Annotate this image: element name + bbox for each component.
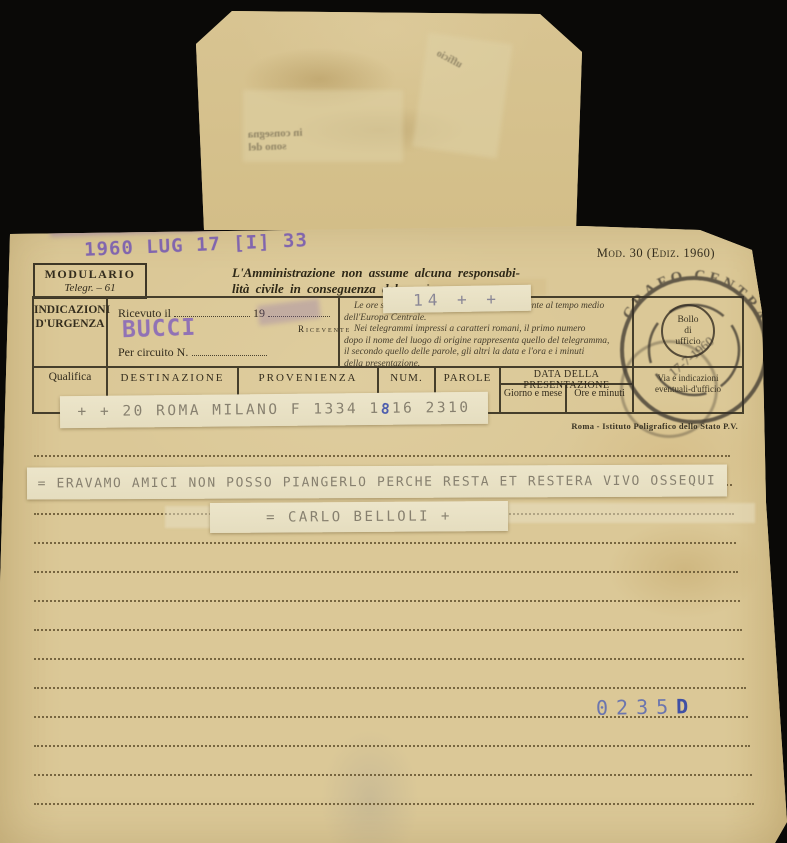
telegram-back-flap: in consegna sono del ufficio <box>188 8 586 230</box>
dotted-writing-line <box>34 687 746 689</box>
column-header-parole: PAROLE <box>436 372 499 384</box>
blue-number-digits: 0235 <box>596 694 677 719</box>
received-cell: Ricevuto il 19 Ricevente Per circuito N.… <box>108 298 338 366</box>
form-edition-label: Mod. 30 (Ediz. 1960) <box>580 246 715 261</box>
patch-text: 14 + + <box>413 289 501 310</box>
postmark-date: 17-7-1960 <box>666 333 717 379</box>
dotted-writing-line <box>34 571 738 573</box>
dotted-writing-line <box>34 455 730 457</box>
telegram-message: = ERAVAMO AMICI NON POSSO PIANGERLO PERC… <box>38 473 717 491</box>
fine-print-line5: il secondo quello delle parole, gli altr… <box>344 347 628 359</box>
purple-overstamp <box>257 298 321 325</box>
pasted-patch-strip: 14 + + <box>383 285 531 314</box>
modulario-label: MODULARIO <box>35 267 145 282</box>
modulario-number: Telegr. – 61 <box>35 282 145 294</box>
glued-paper-patch <box>412 33 512 159</box>
urgency-indications-cell: INDICAZIONI D'URGENZA <box>34 298 106 331</box>
fine-print-line3: Nei telegrammi impressi a caratteri roma… <box>344 324 628 336</box>
message-text-strip: = ERAVAMO AMICI NON POSSO PIANGERLO PERC… <box>27 464 727 499</box>
circuit-line: Per circuito N. <box>118 344 298 360</box>
routing-text-tail: 16 2310 <box>392 400 471 417</box>
dotted-writing-line <box>34 658 744 660</box>
urgency-label-line2: D'URGENZA <box>34 317 106 331</box>
tape-remnant <box>505 503 755 523</box>
column-header-num: NUM. <box>379 372 434 384</box>
telegram-signature: = CARLO BELLOLI + <box>266 508 452 525</box>
dotted-writing-line <box>34 600 740 602</box>
urgency-label-line1: INDICAZIONI <box>34 303 106 317</box>
column-header-provenienza: PROVENIENZA <box>239 372 377 384</box>
handwritten-blue-number: 0235D <box>596 694 697 720</box>
tape-remnant <box>165 506 213 528</box>
dotted-writing-line <box>34 803 754 805</box>
svg-text:GRAFO CENTRALE: GRAFO CENTRALE <box>620 268 776 352</box>
dotted-writing-line <box>34 745 750 747</box>
fine-print-line2: dell'Europa Centrale. <box>344 313 628 325</box>
routing-text: + + 20 ROMA MILANO F 1334 1 <box>77 401 380 420</box>
signature-text-strip: = CARLO BELLOLI + <box>210 501 508 533</box>
bucci-purple-stamp: BUCCI <box>122 315 197 344</box>
handwritten-blue-digit: 8 <box>380 401 393 418</box>
bleedthrough-text: in consegna sono del <box>248 123 399 154</box>
fine-print-line4: dopo il nome del luogo di origine rappre… <box>344 336 628 348</box>
telegram-sheet: 1960 LUG 17 [I] 33 Mod. 30 (Ediz. 1960) … <box>0 222 787 843</box>
blue-number-suffix: D <box>676 694 696 718</box>
printer-credit: Roma - Istituto Poligrafico dello Stato … <box>420 421 738 431</box>
column-header-destinazione: DESTINAZIONE <box>108 372 237 384</box>
column-header-giorno-mese: Giorno e mese <box>501 388 565 399</box>
circuit-label: Per circuito N. <box>118 345 188 360</box>
central-office-postmark: GRAFO CENTRALE 17-7-1960 <box>612 268 777 433</box>
dotted-writing-line <box>34 774 752 776</box>
dotted-writing-line <box>34 629 742 631</box>
postmark-arc-text: GRAFO CENTRALE <box>620 268 776 352</box>
dotted-writing-line <box>34 542 736 544</box>
column-header-qualifica: Qualifica <box>34 371 106 383</box>
modulario-box: MODULARIO Telegr. – 61 <box>33 263 147 299</box>
dotted-leader <box>192 344 267 356</box>
